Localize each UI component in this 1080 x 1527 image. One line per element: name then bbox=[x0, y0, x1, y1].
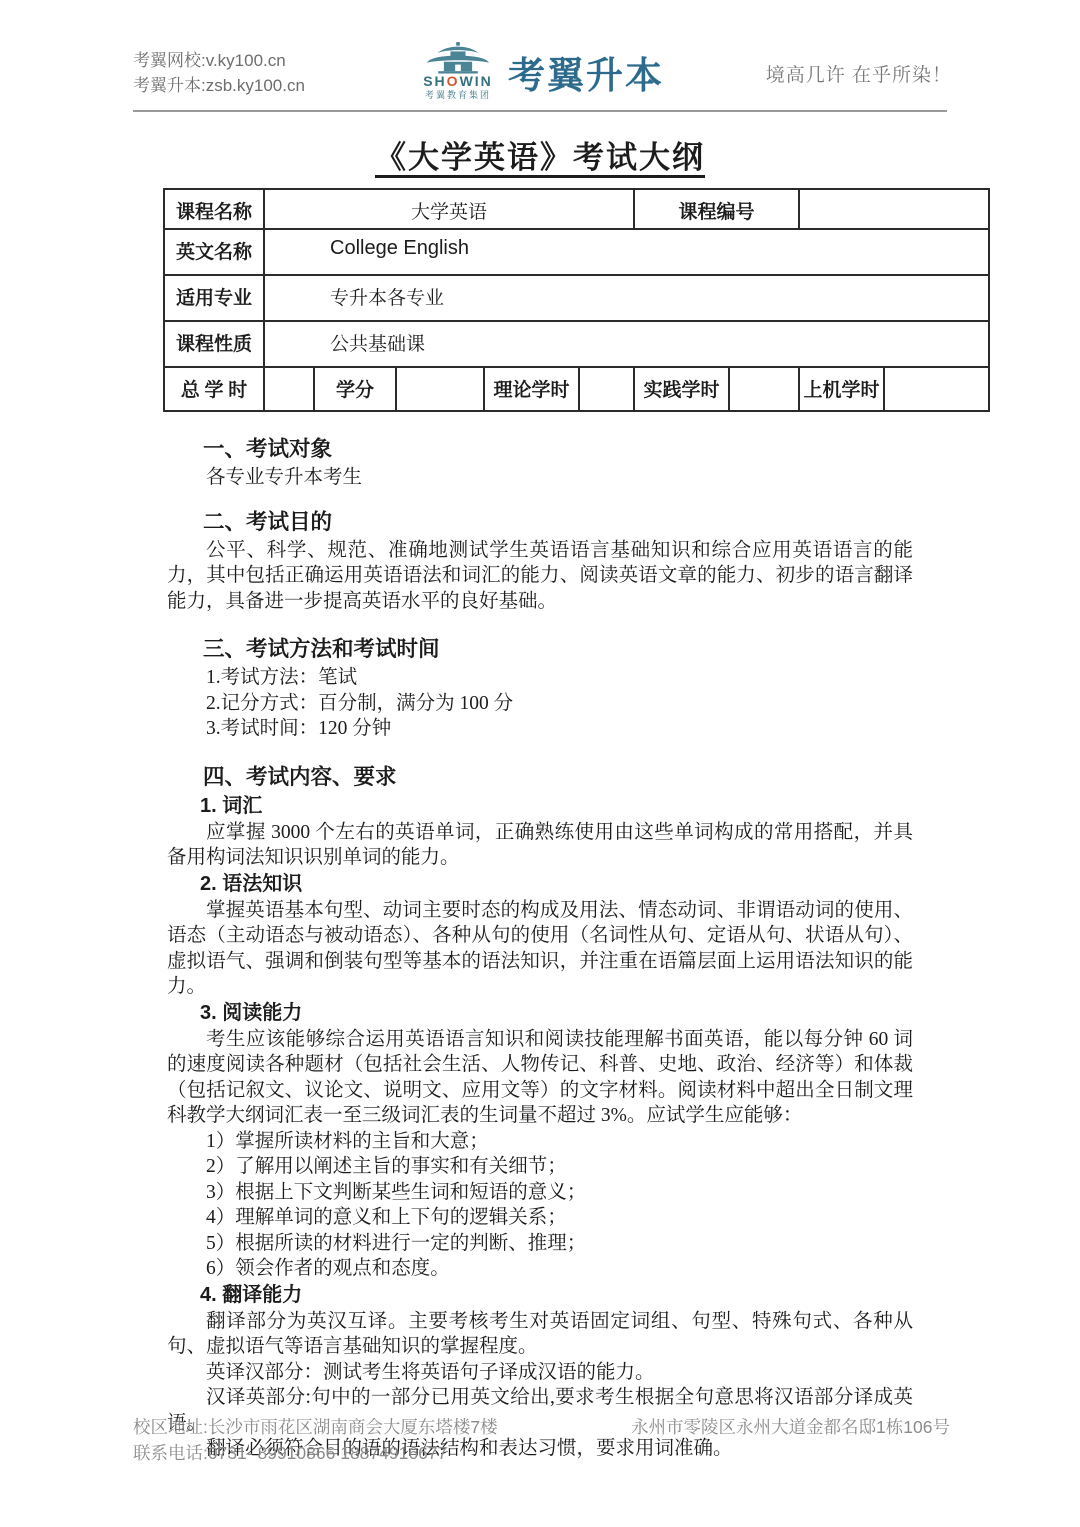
logo-showin-text: SHOWIN bbox=[416, 74, 500, 89]
section-4-sub1-heading: 1. 词汇 bbox=[167, 793, 913, 820]
cell-empty bbox=[884, 367, 989, 411]
document-body: 一、考试对象 各专业专升本考生 二、考试目的 公平、科学、规范、准确地测试学生英… bbox=[167, 434, 913, 1462]
reading-skill-item: 5）根据所读的材料进行一定的判断、推理； bbox=[167, 1231, 913, 1257]
cell-empty bbox=[396, 367, 484, 411]
cell-major-value: 专升本各专业 bbox=[264, 275, 989, 321]
cell-empty bbox=[729, 367, 799, 411]
reading-skill-item: 3）根据上下文判断某些生词和短语的意义； bbox=[167, 1180, 913, 1206]
section-4-sub1-paragraph: 应掌握 3000 个左右的英语单词，正确熟练使用由这些单词构成的常用搭配，并具备… bbox=[167, 820, 913, 871]
reading-skill-item: 2）了解用以阐述主旨的事实和有关细节； bbox=[167, 1154, 913, 1180]
section-4-sub3-paragraph: 考生应该能够综合运用英语语言知识和阅读技能理解书面英语，能以每分钟 60 词的速… bbox=[167, 1027, 913, 1129]
cell-empty bbox=[264, 367, 314, 411]
section-3-item-1: 1.考试方法：笔试 bbox=[167, 665, 913, 691]
showin-sh: SH bbox=[423, 73, 446, 89]
section-3-item-3: 3.考试时间：120 分钟 bbox=[167, 716, 913, 742]
document-page: 考翼网校:v.ky100.cn 考翼升本:zsb.ky100.cn bbox=[0, 0, 1080, 1527]
cell-course-code-value bbox=[799, 189, 989, 229]
section-2-paragraph: 公平、科学、规范、准确地测试学生英语语言基础知识和综合应用英语语言的能力，其中包… bbox=[167, 538, 913, 615]
showin-win: WIN bbox=[460, 73, 493, 89]
logo-mark: SHOWIN 考翼教育集团 bbox=[416, 42, 500, 101]
section-3-heading: 三、考试方法和考试时间 bbox=[167, 634, 913, 665]
section-3-item-2: 2.记分方式：百分制，满分为 100 分 bbox=[167, 691, 913, 717]
footer-address-row: 校区地址:长沙市雨花区湖南商会大厦东塔楼7楼 永州市零陵区永州大道金都名邸1栋1… bbox=[133, 1414, 950, 1440]
page-footer: 校区地址:长沙市雨花区湖南商会大厦东塔楼7楼 永州市零陵区永州大道金都名邸1栋1… bbox=[133, 1414, 950, 1466]
section-4-sub4-paragraph-2: 英译汉部分：测试考生将英语句子译成汉语的能力。 bbox=[167, 1360, 913, 1386]
section-4-sub2-paragraph: 掌握英语基本句型、动词主要时态的构成及用法、情态动词、非谓语动词的使用、语态（主… bbox=[167, 898, 913, 1000]
cell-total-hours-label: 总 学 时 bbox=[164, 367, 264, 411]
brand-name: 考翼升本 bbox=[508, 45, 664, 99]
section-1-paragraph: 各专业专升本考生 bbox=[167, 465, 913, 491]
footer-phone: 联系电话:0731- 89910866 18874916677 bbox=[133, 1440, 950, 1466]
cell-course-type-label: 课程性质 bbox=[164, 321, 264, 367]
header-slogan: 境高几许 在乎所染！ bbox=[766, 60, 952, 87]
section-4-sub4-heading: 4. 翻译能力 bbox=[167, 1282, 913, 1309]
section-4-sub2-heading: 2. 语法知识 bbox=[167, 871, 913, 898]
section-1-heading: 一、考试对象 bbox=[167, 434, 913, 465]
showin-o: O bbox=[447, 73, 460, 89]
header-divider bbox=[133, 110, 947, 112]
cell-practice-hours-label: 实践学时 bbox=[634, 367, 729, 411]
section-4-sub3-heading: 3. 阅读能力 bbox=[167, 1000, 913, 1027]
reading-skill-item: 1）掌握所读材料的主旨和大意； bbox=[167, 1129, 913, 1155]
brand-logo: SHOWIN 考翼教育集团 考翼升本 bbox=[416, 42, 664, 101]
cell-course-name-value: 大学英语 bbox=[264, 189, 634, 229]
cell-english-name-value: College English bbox=[264, 229, 989, 275]
contact-line-1: 考翼网校:v.ky100.cn bbox=[133, 48, 305, 73]
contact-line-2: 考翼升本:zsb.ky100.cn bbox=[133, 73, 305, 98]
footer-address-left: 校区地址:长沙市雨花区湖南商会大厦东塔楼7楼 bbox=[133, 1414, 498, 1440]
table-row: 课程性质 公共基础课 bbox=[164, 321, 989, 367]
page-title: 《大学英语》考试大纲 bbox=[0, 132, 1080, 177]
footer-address-right: 永州市零陵区永州大道金都名邸1栋106号 bbox=[631, 1414, 950, 1440]
cell-empty bbox=[579, 367, 634, 411]
table-row: 英文名称 College English bbox=[164, 229, 989, 275]
cell-course-name-label: 课程名称 bbox=[164, 189, 264, 229]
cell-english-name-label: 英文名称 bbox=[164, 229, 264, 275]
section-2-heading: 二、考试目的 bbox=[167, 507, 913, 538]
cell-major-label: 适用专业 bbox=[164, 275, 264, 321]
table-row: 总 学 时 学分 理论学时 实践学时 上机学时 bbox=[164, 367, 989, 411]
cell-computer-hours-label: 上机学时 bbox=[799, 367, 884, 411]
reading-skill-item: 4）理解单词的意义和上下句的逻辑关系； bbox=[167, 1205, 913, 1231]
course-info-table: 课程名称 大学英语 课程编号 英文名称 College English 适用专业… bbox=[163, 188, 990, 412]
cell-theory-hours-label: 理论学时 bbox=[484, 367, 579, 411]
section-4-heading: 四、考试内容、要求 bbox=[167, 762, 913, 793]
cell-credits-label: 学分 bbox=[314, 367, 396, 411]
section-4-sub4-paragraph-1: 翻译部分为英汉互译。主要考核考生对英语固定词组、句型、特殊句式、各种从句、虚拟语… bbox=[167, 1309, 913, 1360]
cell-course-code-label: 课程编号 bbox=[634, 189, 799, 229]
logo-group-text: 考翼教育集团 bbox=[416, 89, 500, 101]
reading-skill-item: 6）领会作者的观点和态度。 bbox=[167, 1256, 913, 1282]
table-row: 课程名称 大学英语 课程编号 bbox=[164, 189, 989, 229]
header-contact-block: 考翼网校:v.ky100.cn 考翼升本:zsb.ky100.cn bbox=[133, 48, 305, 98]
pavilion-icon bbox=[416, 42, 500, 74]
cell-course-type-value: 公共基础课 bbox=[264, 321, 989, 367]
table-row: 适用专业 专升本各专业 bbox=[164, 275, 989, 321]
